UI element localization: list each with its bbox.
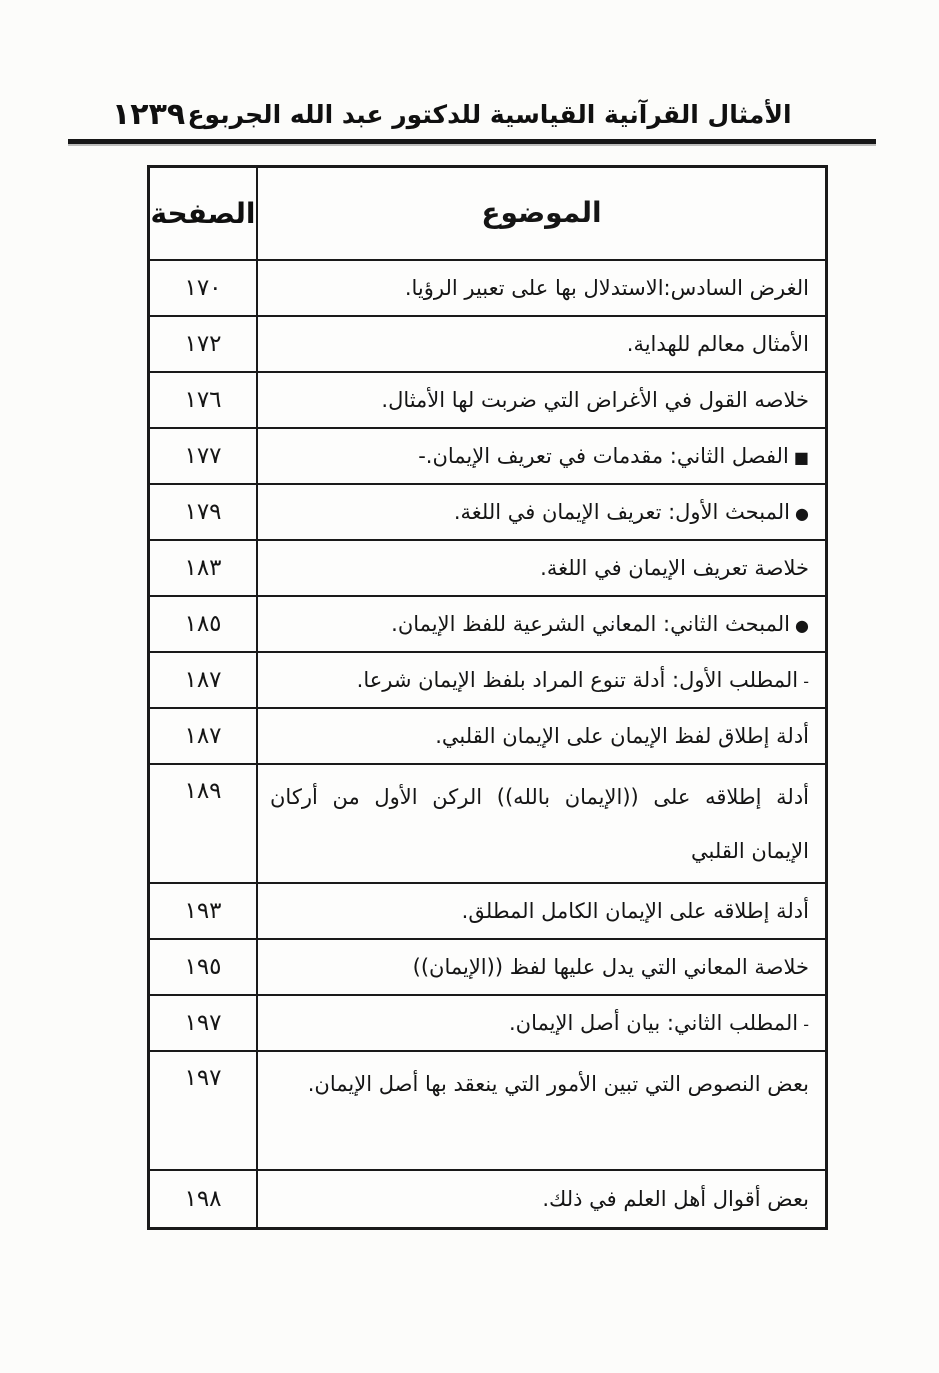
page-number-cell: ١٨٧	[150, 709, 258, 763]
topic-label: المبحث الثاني: المعاني الشرعية للفظ الإي…	[391, 612, 790, 636]
page-number-cell: ١٧٩	[150, 485, 258, 539]
header-rule	[68, 139, 876, 144]
table-row: ١٧٢ الأمثال معالم للهداية.	[150, 317, 825, 373]
page-number-cell: ١٧٢	[150, 317, 258, 371]
table-row: ١٧٦ خلاصه القول في الأغراض التي ضربت لها…	[150, 373, 825, 429]
page-number-cell: ١٨٩	[150, 765, 258, 882]
square-bullet-icon: ■	[789, 448, 809, 467]
table-row: ١٩٥ خلاصة المعاني التي يدل عليها لفظ ((ا…	[150, 940, 825, 996]
topic-label: الفصل الثاني: مقدمات في تعريف الإيمان.-	[418, 444, 789, 468]
topic-cell: خلاصة تعريف الإيمان في اللغة.	[258, 541, 825, 595]
table-row: ١٨٩ أدلة إطلاقه على ((الإيمان بالله)) ال…	[150, 765, 825, 884]
topic-label: خلاصة المعاني التي يدل عليها لفظ ((الإيم…	[413, 955, 809, 979]
table-row: ١٧٩ ● المبحث الأول: تعريف الإيمان في الل…	[150, 485, 825, 541]
topic-cell: الغرض السادس:الاستدلال بها على تعبير الر…	[258, 261, 825, 315]
toc-header-row: الصفحة الموضوع	[150, 168, 825, 261]
topic-label: بعض أقوال أهل العلم في ذلك.	[542, 1187, 809, 1211]
book-title-running-head: الأمثال القرآنية القياسية للدكتور عبد ال…	[20, 100, 939, 129]
dash-bullet: -	[798, 672, 809, 691]
page-number-cell: ١٧٧	[150, 429, 258, 483]
topic-cell: بعض النصوص التي تبين الأمور التي ينعقد ب…	[258, 1052, 825, 1169]
page-number-cell: ١٩٧	[150, 1052, 258, 1169]
topic-cell: أدلة إطلاقه على ((الإيمان بالله)) الركن …	[258, 765, 825, 882]
topic-label: خلاصه القول في الأغراض التي ضربت لها الأ…	[381, 388, 809, 412]
page-number-cell: ١٩٨	[150, 1171, 258, 1227]
topic-cell: - المطلب الثاني: بيان أصل الإيمان.	[258, 996, 825, 1050]
topic-label: الأمثال معالم للهداية.	[627, 332, 809, 356]
table-row: ١٧٠ الغرض السادس:الاستدلال بها على تعبير…	[150, 261, 825, 317]
table-row: ١٨٣ خلاصة تعريف الإيمان في اللغة.	[150, 541, 825, 597]
topic-label: الغرض السادس:الاستدلال بها على تعبير الر…	[405, 276, 809, 300]
toc-table: الصفحة الموضوع ١٧٠ الغرض السادس:الاستدلا…	[147, 165, 828, 1230]
topic-cell: ● المبحث الأول: تعريف الإيمان في اللغة.	[258, 485, 825, 539]
circle-bullet-icon: ●	[790, 616, 809, 635]
topic-label: المطلب الثاني: بيان أصل الإيمان.	[509, 1011, 798, 1035]
topic-cell: أدلة إطلاقه على الإيمان الكامل المطلق.	[258, 884, 825, 938]
topic-label: أدلة إطلاقه على الإيمان الكامل المطلق.	[462, 899, 809, 923]
page-number-cell: ١٨٣	[150, 541, 258, 595]
table-row: ١٧٧ ■ الفصل الثاني: مقدمات في تعريف الإي…	[150, 429, 825, 485]
topic-label: أدلة إطلاق لفظ الإيمان على الإيمان القلب…	[435, 724, 809, 748]
table-row: ١٨٧ أدلة إطلاق لفظ الإيمان على الإيمان ا…	[150, 709, 825, 765]
circle-bullet-icon: ●	[790, 504, 809, 523]
topic-label: المطلب الأول: أدلة تنوع المراد بلفظ الإي…	[357, 668, 799, 692]
table-row: ١٩٨ بعض أقوال أهل العلم في ذلك.	[150, 1171, 825, 1227]
topic-cell: الأمثال معالم للهداية.	[258, 317, 825, 371]
column-header-page: الصفحة	[150, 168, 258, 259]
page-number-cell: ١٩٣	[150, 884, 258, 938]
topic-label: بعض النصوص التي تبين الأمور التي ينعقد ب…	[308, 1072, 809, 1096]
table-row: ١٨٧ - المطلب الأول: أدلة تنوع المراد بلف…	[150, 653, 825, 709]
topic-cell: أدلة إطلاق لفظ الإيمان على الإيمان القلب…	[258, 709, 825, 763]
scanned-book-page: { "page_header": { "page_number": "١٢٣٩"…	[0, 0, 939, 1373]
topic-cell: خلاصه القول في الأغراض التي ضربت لها الأ…	[258, 373, 825, 427]
topic-label: خلاصة تعريف الإيمان في اللغة.	[540, 556, 809, 580]
table-row: ١٩٧ - المطلب الثاني: بيان أصل الإيمان.	[150, 996, 825, 1052]
topic-cell: بعض أقوال أهل العلم في ذلك.	[258, 1171, 825, 1227]
topic-cell: خلاصة المعاني التي يدل عليها لفظ ((الإيم…	[258, 940, 825, 994]
topic-label: أدلة إطلاقه على ((الإيمان بالله)) الركن …	[270, 785, 809, 863]
dash-bullet: -	[798, 1015, 809, 1034]
page-number-cell: ١٨٥	[150, 597, 258, 651]
table-row: ١٩٣ أدلة إطلاقه على الإيمان الكامل المطل…	[150, 884, 825, 940]
page-number-cell: ١٨٧	[150, 653, 258, 707]
column-header-topic: الموضوع	[481, 193, 601, 234]
topic-cell: - المطلب الأول: أدلة تنوع المراد بلفظ ال…	[258, 653, 825, 707]
topic-cell: ● المبحث الثاني: المعاني الشرعية للفظ ال…	[258, 597, 825, 651]
page-number-cell: ١٧٦	[150, 373, 258, 427]
table-row: ١٩٧ بعض النصوص التي تبين الأمور التي ينع…	[150, 1052, 825, 1171]
page-number-cell: ١٧٠	[150, 261, 258, 315]
topic-cell: ■ الفصل الثاني: مقدمات في تعريف الإيمان.…	[258, 429, 825, 483]
page-number-cell: ١٩٥	[150, 940, 258, 994]
table-row: ١٨٥ ● المبحث الثاني: المعاني الشرعية للف…	[150, 597, 825, 653]
topic-label: المبحث الأول: تعريف الإيمان في اللغة.	[454, 500, 790, 524]
page-number-cell: ١٩٧	[150, 996, 258, 1050]
